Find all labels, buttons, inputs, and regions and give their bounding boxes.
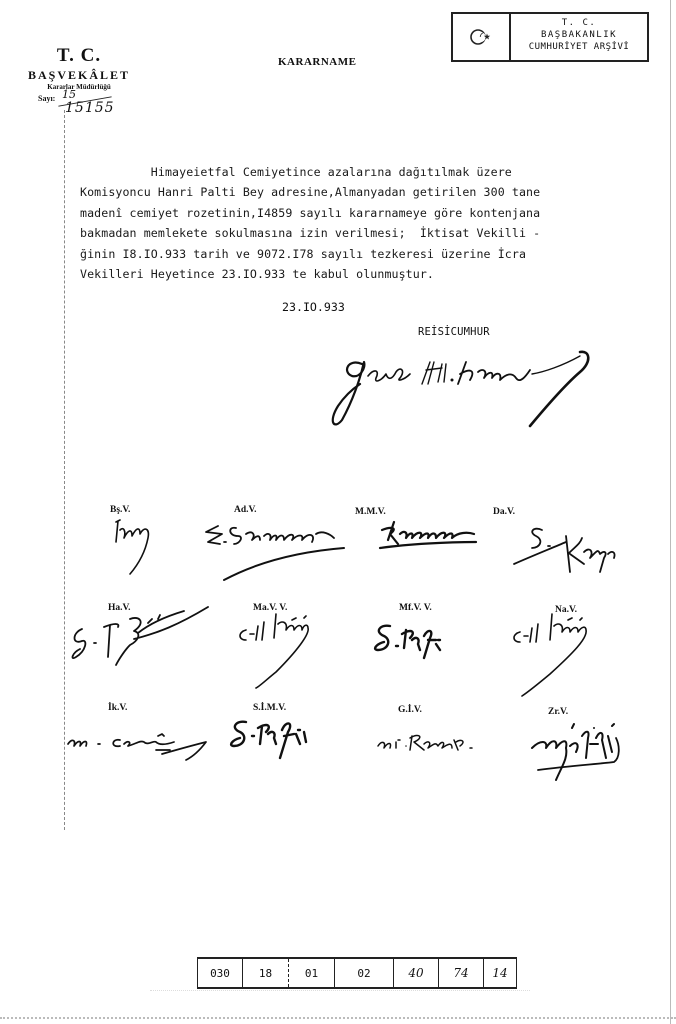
decree-body: Himayeietfal Cemiyetince azalarına dağıt…: [80, 162, 640, 284]
stamp-line-3: CUMHURİYET ARŞİVİ: [511, 41, 647, 53]
number-label: Sayı:: [38, 94, 55, 103]
president-title: REİSİCUMHUR: [418, 326, 490, 338]
minister-signature: [370, 622, 460, 677]
body-line: Vekilleri Heyetince 23.IO.933 te kabul o…: [80, 264, 640, 284]
minister-signature: [204, 520, 384, 595]
minister-signature: [66, 730, 216, 775]
scan-noise: [150, 990, 530, 991]
letterhead-department: Kararlar Müdürlüğü: [14, 82, 144, 92]
body-line: Komisyoncu Hanri Palti Bey adresine,Alma…: [80, 182, 640, 202]
ref-cell: 030: [198, 959, 243, 987]
minister-label: S.İ.M.V.: [253, 703, 286, 713]
body-line: bakmadan memlekete sokulmasına izin veri…: [80, 223, 640, 243]
decree-date: 23.IO.933: [282, 300, 345, 314]
stamp-line-2: BAŞBAKANLIK: [511, 29, 647, 41]
minister-signature: [528, 718, 638, 793]
minister-label: G.İ.V.: [398, 705, 422, 715]
minister-signature: [236, 612, 346, 697]
scan-noise: [0, 1017, 676, 1019]
minister-label: Zr.V.: [548, 707, 568, 717]
archive-stamp: T. C. BAŞBAKANLIK CUMHURİYET ARŞİVİ: [451, 12, 649, 62]
minister-label: İk.V.: [108, 703, 127, 713]
minister-signature: [112, 518, 172, 583]
minister-signature: [510, 612, 640, 707]
minister-label: M.M.V.: [355, 507, 386, 517]
minister-signature: [378, 520, 498, 565]
stamp-line-1: T. C.: [511, 17, 647, 29]
ref-cell: 02: [335, 959, 394, 987]
minister-signature: [68, 605, 228, 680]
ref-cell: 40: [394, 959, 439, 987]
page-edge: [670, 0, 671, 1024]
minister-signature: [512, 524, 622, 589]
crescent-star-icon: [453, 14, 511, 60]
letterhead-state: T. C.: [14, 46, 144, 66]
president-signature: [330, 350, 600, 435]
document-type: KARARNAME: [278, 56, 356, 68]
minister-label: Bş.V.: [110, 505, 130, 515]
minister-label: Da.V.: [493, 507, 515, 517]
stamp-text: T. C. BAŞBAKANLIK CUMHURİYET ARŞİVİ: [511, 14, 647, 60]
ref-cell: 14: [484, 959, 516, 987]
body-line: madenî cemiyet rozetinin,I4859 sayılı ka…: [80, 203, 640, 223]
document-page: T. C. BAŞVEKÂLET Kararlar Müdürlüğü Sayı…: [0, 0, 676, 1024]
archive-reference-code: 030 18 01 02 40 74 14: [197, 957, 517, 989]
ref-cell: 74: [439, 959, 484, 987]
margin-rule: [64, 110, 65, 830]
minister-label: Ad.V.: [234, 505, 257, 515]
number-handwritten-bottom: 15155: [65, 100, 115, 116]
body-line: ğinin I8.IO.933 tarih ve 9072.I78 sayılı…: [80, 244, 640, 264]
letterhead-office: BAŞVEKÂLET: [14, 68, 144, 82]
ref-cell: 01: [289, 959, 335, 987]
letterhead: T. C. BAŞVEKÂLET Kararlar Müdürlüğü: [14, 46, 144, 92]
body-line: Himayeietfal Cemiyetince azalarına dağıt…: [80, 162, 640, 182]
minister-signature: [224, 718, 324, 773]
minister-signature: [376, 728, 486, 763]
minister-label: Mf.V. V.: [399, 603, 432, 613]
ref-cell: 18: [243, 959, 289, 987]
